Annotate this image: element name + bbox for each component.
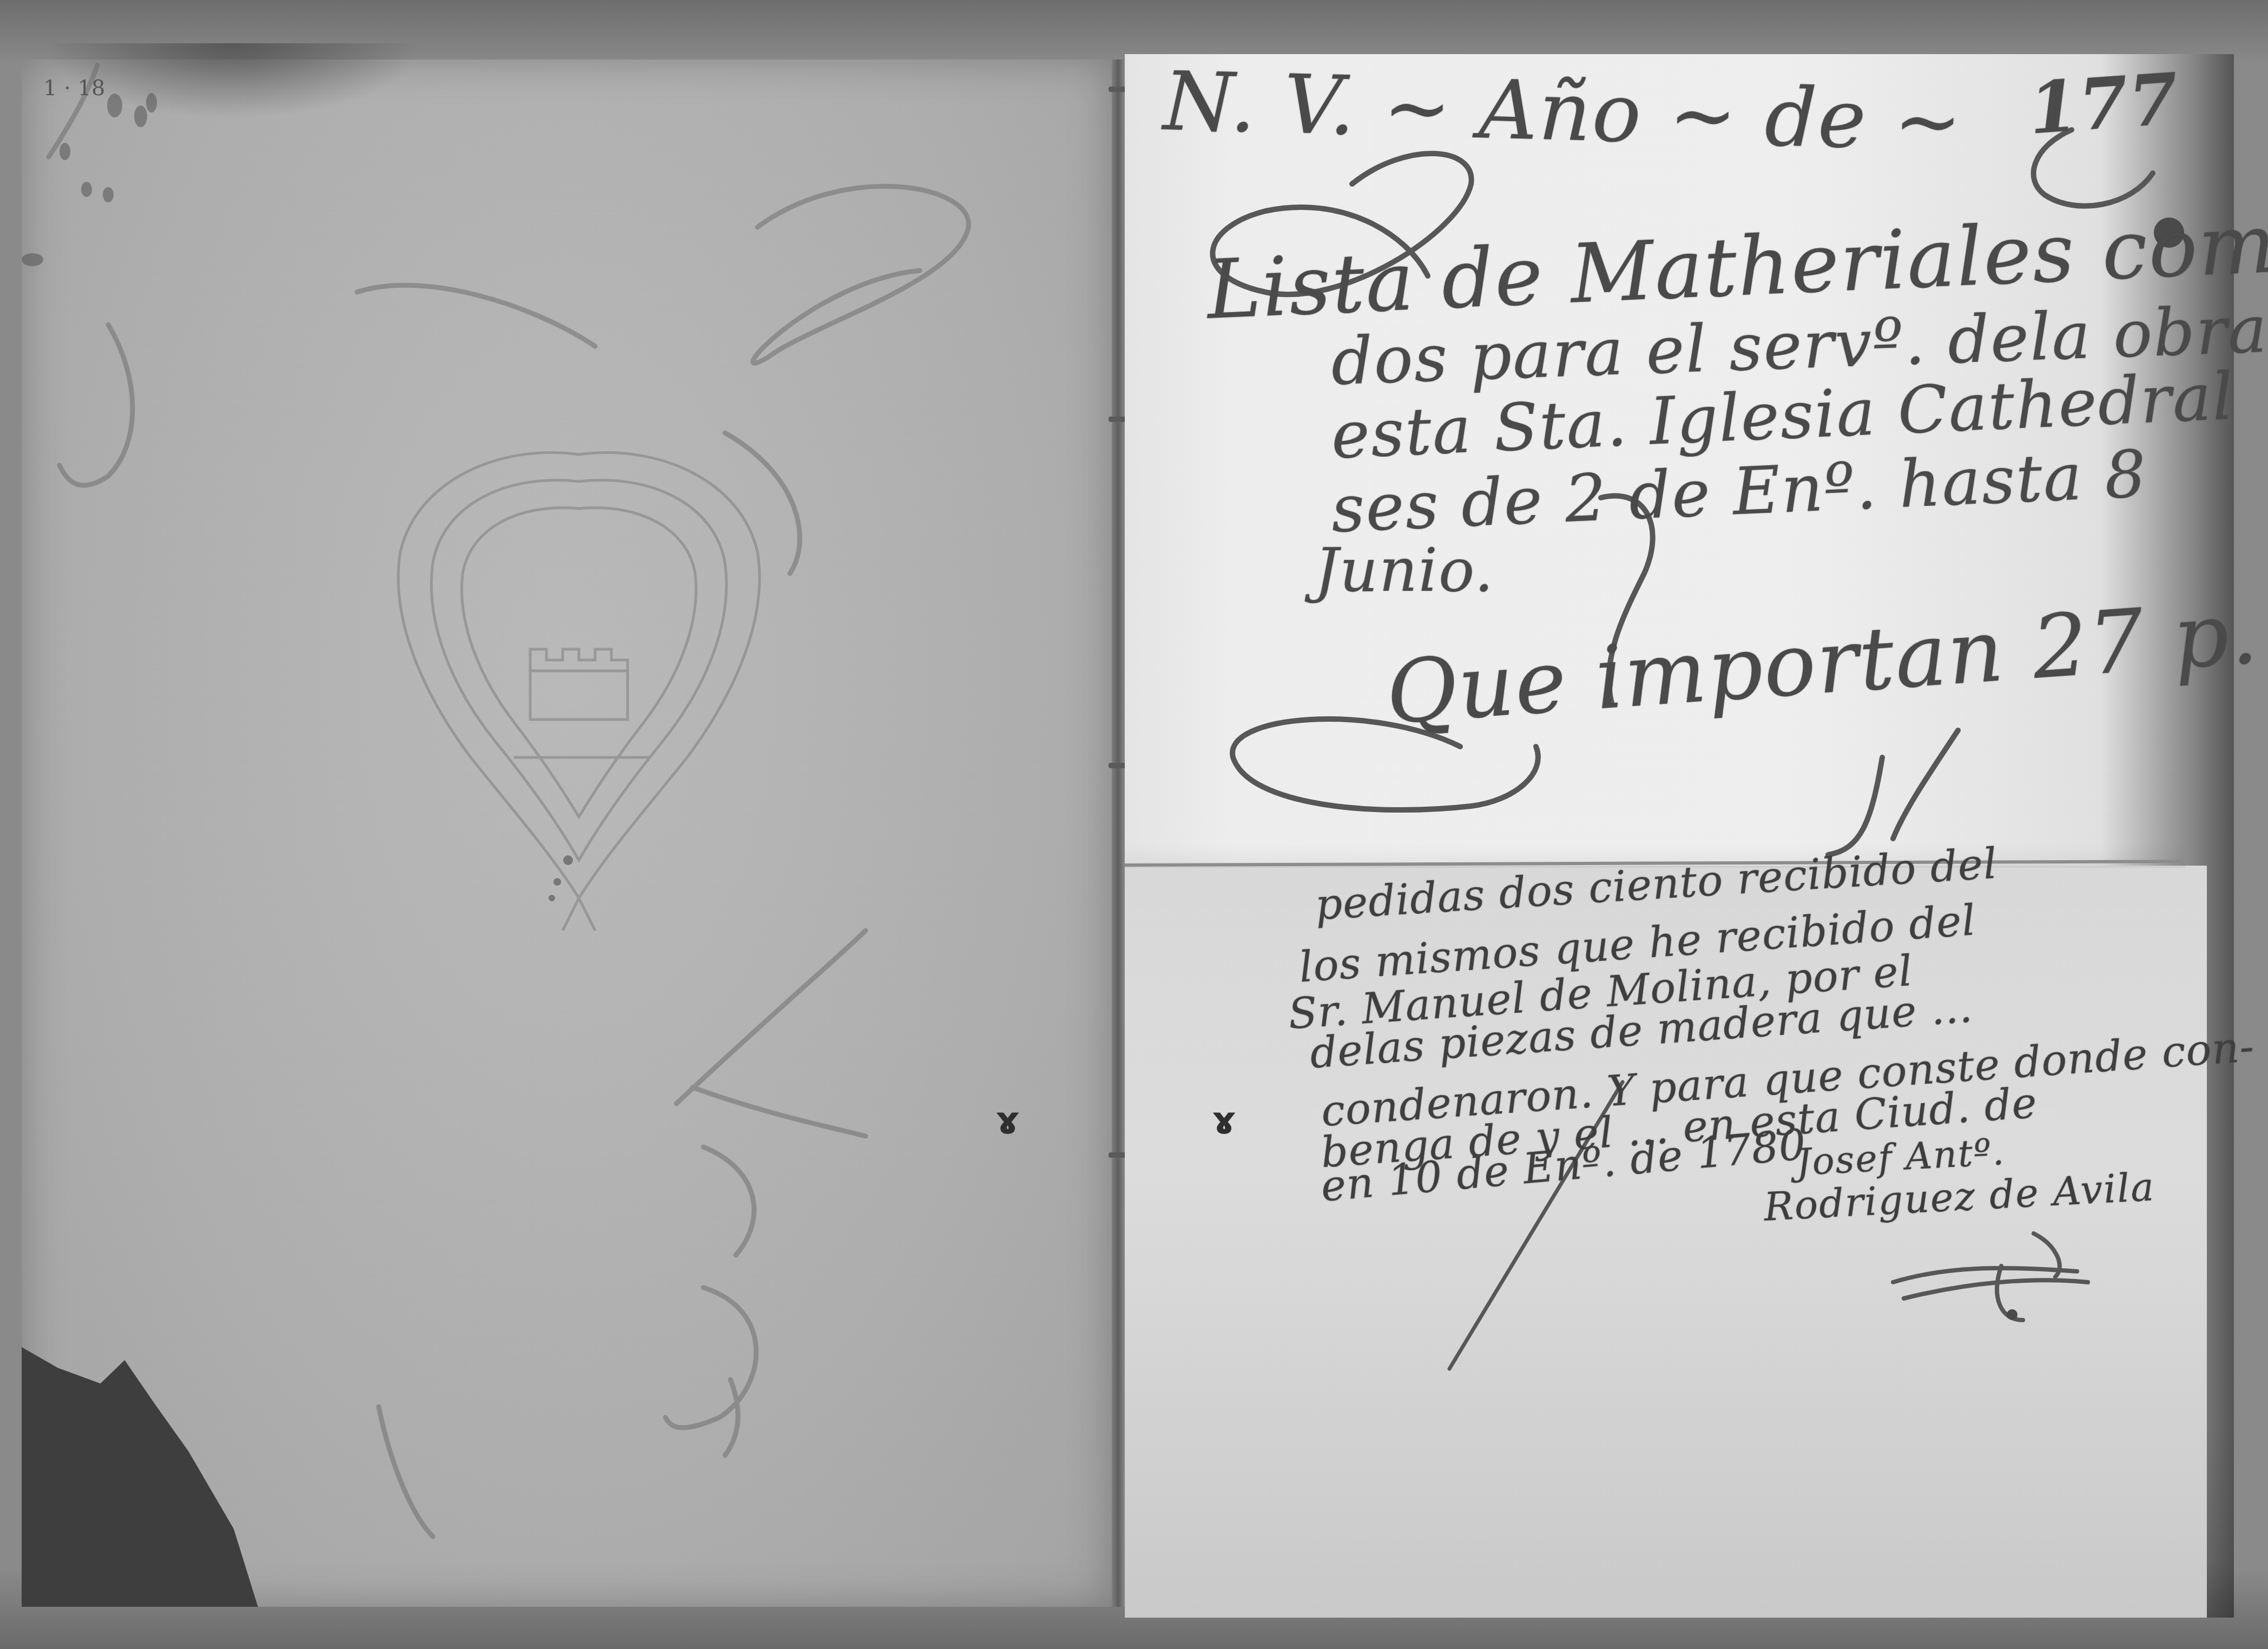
- binding-mark-right: ɤ: [1212, 1098, 1236, 1143]
- coat-of-arms-castle-watermark: [335, 411, 822, 952]
- folio-marks: 1 · 18: [43, 76, 106, 101]
- document-year: 177: [2026, 57, 2181, 150]
- title-line-5: Junio.: [1315, 536, 1494, 605]
- binding-mark-left: ɤ: [995, 1098, 1019, 1143]
- book-spine: [1112, 60, 1125, 1607]
